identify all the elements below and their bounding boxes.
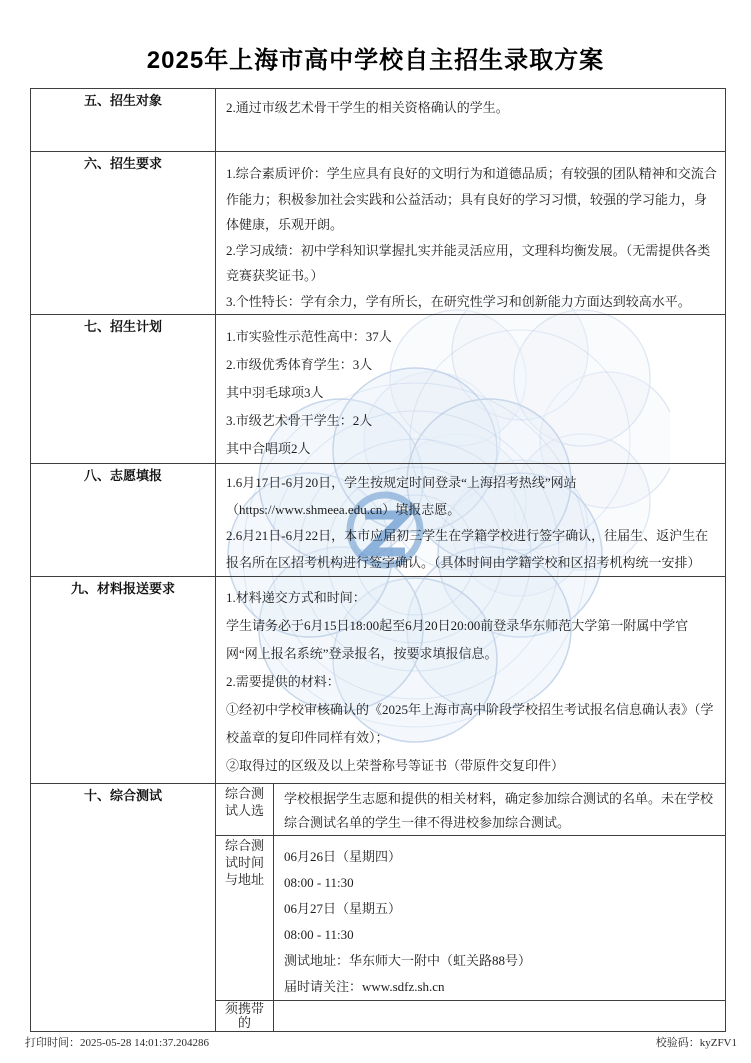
content-line: （https://www.shmeea.edu.cn）填报志愿。	[226, 497, 717, 524]
content-line: 1.材料递交方式和时间：	[226, 584, 717, 612]
row-content	[274, 1001, 726, 1032]
row-content: 06月26日（星期四） 08:00 - 11:30 06月27日（星期五） 08…	[274, 836, 726, 1001]
content-line: 学校根据学生志愿和提供的相关材料，确定参加综合测试的名单。未在学校综合测试名单的…	[284, 787, 717, 835]
row-content: 学校根据学生志愿和提供的相关材料，确定参加综合测试的名单。未在学校综合测试名单的…	[274, 784, 726, 836]
table-row-test-candidates: 十、综合测试 综合测试人选 学校根据学生志愿和提供的相关材料，确定参加综合测试的…	[31, 784, 726, 836]
table-row-enrollment-plan: 七、招生计划 1.市实验性示范性高中：37人 2.市级优秀体育学生：3人 其中羽…	[31, 315, 726, 464]
content-line: ①经初中学校审核确认的《2025年上海市高中阶段学校招生考试报名信息确认表》（学…	[226, 696, 717, 752]
content-line: 06月27日（星期五）	[284, 896, 717, 922]
row-content: 1.综合素质评价：学生应具有良好的文明行为和道德品质；有较强的团队精神和交流合作…	[216, 152, 726, 315]
content-line: 其中合唱项2人	[226, 435, 717, 463]
footer-print-time: 打印时间：2025-05-28 14:01:37.204286	[25, 1034, 209, 1050]
content-line: 08:00 - 11:30	[284, 922, 717, 948]
row-content: 1.材料递交方式和时间： 学生请务必于6月15日18:00起至6月20日20:0…	[216, 577, 726, 784]
page-title: 2025年上海市高中学校自主招生录取方案	[0, 40, 751, 75]
content-line: 2.6月21日-6月22日，本市应届初三学生在学籍学校进行签字确认，往届生、返沪…	[226, 523, 717, 576]
content-line: ②取得过的区级及以上荣誉称号等证书（带原件交复印件）	[226, 752, 717, 780]
row-content: 1.市实验性示范性高中：37人 2.市级优秀体育学生：3人 其中羽毛球项3人 3…	[216, 315, 726, 464]
sub-row-header: 须携带的	[216, 1001, 274, 1032]
table-row-application: 八、志愿填报 1.6月17日-6月20日，学生按规定时间登录“上海招考热线”网站…	[31, 464, 726, 577]
content-line: 1.综合素质评价：学生应具有良好的文明行为和道德品质；有较强的团队精神和交流合作…	[226, 161, 717, 238]
content-line: 其中羽毛球项3人	[226, 379, 717, 407]
sub-row-header: 综合测试时间与地址	[216, 836, 274, 1001]
document-table: 五、招生对象 2.通过市级艺术骨干学生的相关资格确认的学生。 六、招生要求 1.…	[30, 88, 726, 1032]
table-row-enrollment-target: 五、招生对象 2.通过市级艺术骨干学生的相关资格确认的学生。	[31, 89, 726, 152]
row-header: 六、招生要求	[31, 152, 216, 315]
row-header: 十、综合测试	[31, 784, 216, 1032]
content-line: 2.需要提供的材料：	[226, 668, 717, 696]
row-content: 2.通过市级艺术骨干学生的相关资格确认的学生。	[216, 89, 726, 152]
sub-row-header: 综合测试人选	[216, 784, 274, 836]
content-line: 届时请关注：www.sdfz.sh.cn	[284, 974, 717, 1000]
content-line: 学生请务必于6月15日18:00起至6月20日20:00前登录华东师范大学第一附…	[226, 612, 717, 668]
content-line: 2.通过市级艺术骨干学生的相关资格确认的学生。	[226, 95, 717, 121]
row-header: 五、招生对象	[31, 89, 216, 152]
content-line: 1.市实验性示范性高中：37人	[226, 323, 717, 351]
content-line: 2.市级优秀体育学生：3人	[226, 351, 717, 379]
content-line: 3.市级艺术骨干学生：2人	[226, 407, 717, 435]
content-line: 08:00 - 11:30	[284, 870, 717, 896]
row-header: 八、志愿填报	[31, 464, 216, 577]
row-header: 七、招生计划	[31, 315, 216, 464]
footer-checksum: 校验码：kyZFV1	[656, 1034, 737, 1050]
table-row-enrollment-requirements: 六、招生要求 1.综合素质评价：学生应具有良好的文明行为和道德品质；有较强的团队…	[31, 152, 726, 315]
row-content: 1.6月17日-6月20日，学生按规定时间登录“上海招考热线”网站 （https…	[216, 464, 726, 577]
content-line: 测试地址：华东师大一附中（虹关路88号）	[284, 948, 717, 974]
row-header: 九、材料报送要求	[31, 577, 216, 784]
content-line: 1.6月17日-6月20日，学生按规定时间登录“上海招考热线”网站	[226, 470, 717, 497]
content-line: 3.个性特长：学有余力，学有所长，在研究性学习和创新能力方面达到较高水平。	[226, 289, 717, 315]
content-line: 2.学习成绩：初中学科知识掌握扎实并能灵活应用，文理科均衡发展。（无需提供各类竞…	[226, 238, 717, 289]
content-line: 06月26日（星期四）	[284, 844, 717, 870]
table-row-materials: 九、材料报送要求 1.材料递交方式和时间： 学生请务必于6月15日18:00起至…	[31, 577, 726, 784]
